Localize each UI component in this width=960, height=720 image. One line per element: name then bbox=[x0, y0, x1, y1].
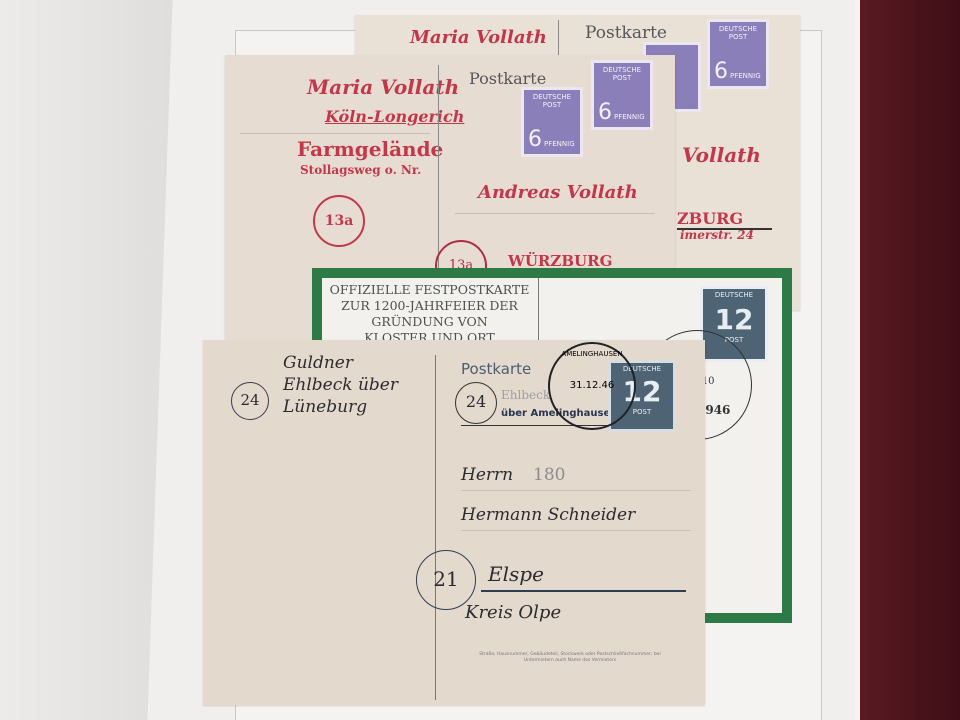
sender-line: Lüneburg bbox=[283, 396, 398, 418]
pencil-note: 180 bbox=[533, 465, 565, 485]
recipient-line: Hermann Schneider bbox=[461, 505, 635, 525]
recipient-partial: Vollath bbox=[682, 143, 761, 167]
sender-name: Maria Vollath bbox=[307, 75, 459, 99]
footer-text: Straße, Hausnummer, Gebäudeteil, Stockwe… bbox=[465, 652, 675, 664]
sender-street: Stollagsweg o. Nr. bbox=[300, 163, 421, 177]
sender-place: Farmgelände bbox=[297, 137, 443, 161]
stamp-6-pfennig: DEUTSCHE POST 6PFENNIG bbox=[521, 87, 583, 157]
heading-line: ZUR 1200-JAHRFEIER DER bbox=[322, 298, 537, 314]
recipient-city: Elspe bbox=[488, 562, 544, 586]
postkarte-title: Postkarte bbox=[469, 69, 546, 88]
stamp-6-pfennig: DEUTSCHE POST 6PFENNIG bbox=[707, 19, 769, 89]
cancel-place: Ehlbeck bbox=[501, 388, 550, 402]
sender-city: Köln-Longerich bbox=[325, 107, 464, 126]
postkarte-title: Postkarte bbox=[585, 23, 667, 43]
heading-line: OFFIZIELLE FESTPOSTKARTE bbox=[322, 282, 537, 298]
postcode-circle: 13a bbox=[313, 195, 365, 247]
sender-line: Guldner bbox=[283, 352, 398, 374]
album-cover bbox=[860, 0, 960, 720]
postmark-amelinghausen: AMELINGHAUSEN 31.12.46 bbox=[548, 342, 636, 430]
stamp-6-pfennig: DEUTSCHE POST 6PFENNIG bbox=[591, 60, 653, 130]
city-partial: ZBURG bbox=[677, 209, 772, 230]
street-partial: imerstr. 24 bbox=[680, 228, 754, 242]
recipient-line: Herrn bbox=[461, 465, 513, 485]
postcard-front: Guldner Ehlbeck über Lüneburg 24 Postkar… bbox=[203, 340, 705, 705]
recipient-district: Kreis Olpe bbox=[465, 602, 561, 623]
sender-postcode-circle: 24 bbox=[231, 382, 269, 420]
postkarte-title: Postkarte bbox=[461, 360, 531, 378]
sender-name: Maria Vollath bbox=[410, 27, 547, 48]
sender-line: Ehlbeck über bbox=[283, 374, 398, 396]
cancel-postcode-circle: 24 bbox=[455, 382, 497, 424]
heading-line: GRÜNDUNG VON bbox=[322, 314, 537, 330]
recipient-name: Andreas Vollath bbox=[478, 182, 638, 203]
recipient-postcode-circle: 21 bbox=[416, 550, 476, 610]
